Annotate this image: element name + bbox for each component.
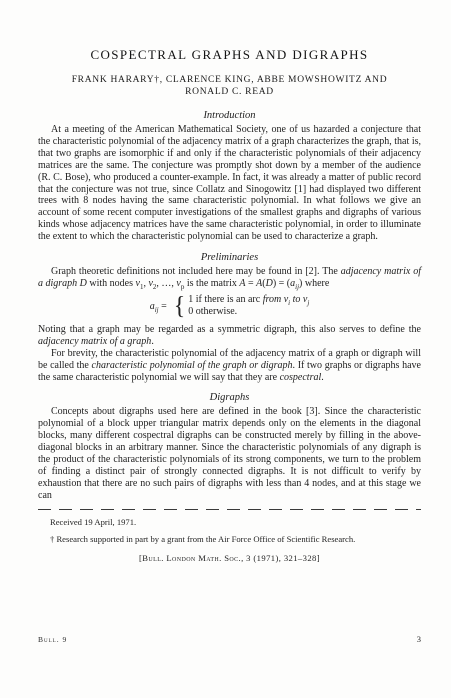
- text-run: 1 if there is an arc: [188, 294, 262, 305]
- printer-signature-mark: Bull. 9: [38, 635, 67, 644]
- text-run: =: [245, 278, 256, 289]
- adjacency-formula: aij = { 1 if there is an arc from vi to …: [38, 293, 421, 320]
- text-run: .: [321, 372, 324, 383]
- equals-sign: =: [159, 301, 167, 312]
- page-footer: Bull. 9 3: [38, 634, 421, 644]
- preliminaries-paragraph-2: Noting that a graph may be regarded as a…: [38, 324, 421, 348]
- text-run-italic: adjacency matrix of a graph: [38, 336, 151, 347]
- digraphs-paragraph: Concepts about digraphs used here are de…: [38, 406, 421, 501]
- text-run: Graph theoretic definitions not included…: [51, 266, 341, 277]
- formula-case-1: 1 if there is an arc from vi to vj: [188, 294, 309, 307]
- section-heading-introduction: Introduction: [38, 110, 421, 121]
- page-number: 3: [417, 634, 421, 644]
- text-run: Noting that a graph may be regarded as a…: [38, 324, 421, 335]
- text-run: ) = (: [273, 278, 290, 289]
- formula-case-2: 0 otherwise.: [188, 306, 309, 319]
- preliminaries-paragraph-3: For brevity, the characteristic polynomi…: [38, 348, 421, 384]
- footnote-support: † Research supported in part by a grant …: [38, 534, 421, 544]
- text-run-italic: from v: [263, 294, 288, 305]
- math-var: D: [266, 278, 273, 289]
- text-run: with nodes: [87, 278, 136, 289]
- introduction-paragraph: At a meeting of the American Mathematica…: [38, 124, 421, 243]
- section-heading-digraphs: Digraphs: [38, 392, 421, 403]
- case-brace: {: [174, 292, 186, 320]
- text-run-italic: characteristic polynomial of the graph o…: [92, 360, 293, 371]
- paper-authors: FRANK HARARY†, CLARENCE KING, ABBE MOWSH…: [57, 74, 402, 98]
- text-run: .: [151, 336, 154, 347]
- text-run: ) where: [299, 278, 329, 289]
- formula-lhs: aij =: [150, 301, 167, 312]
- document-page: COSPECTRAL GRAPHS AND DIGRAPHS FRANK HAR…: [0, 0, 451, 698]
- footnote-divider: [38, 509, 421, 510]
- section-heading-preliminaries: Preliminaries: [38, 252, 421, 263]
- journal-citation: [Bull. London Math. Soc., 3 (1971), 321–…: [38, 553, 421, 563]
- footnote-received: Received 19 April, 1971.: [38, 517, 421, 527]
- paper-title: COSPECTRAL GRAPHS AND DIGRAPHS: [38, 47, 421, 63]
- text-run: is the matrix: [184, 278, 239, 289]
- text-run-italic: cospectral: [280, 372, 322, 383]
- text-run-italic: to v: [290, 294, 307, 305]
- preliminaries-paragraph-1: Graph theoretic definitions not included…: [38, 266, 421, 290]
- formula-cases: 1 if there is an arc from vi to vj 0 oth…: [188, 294, 309, 319]
- text-run: , …,: [156, 278, 176, 289]
